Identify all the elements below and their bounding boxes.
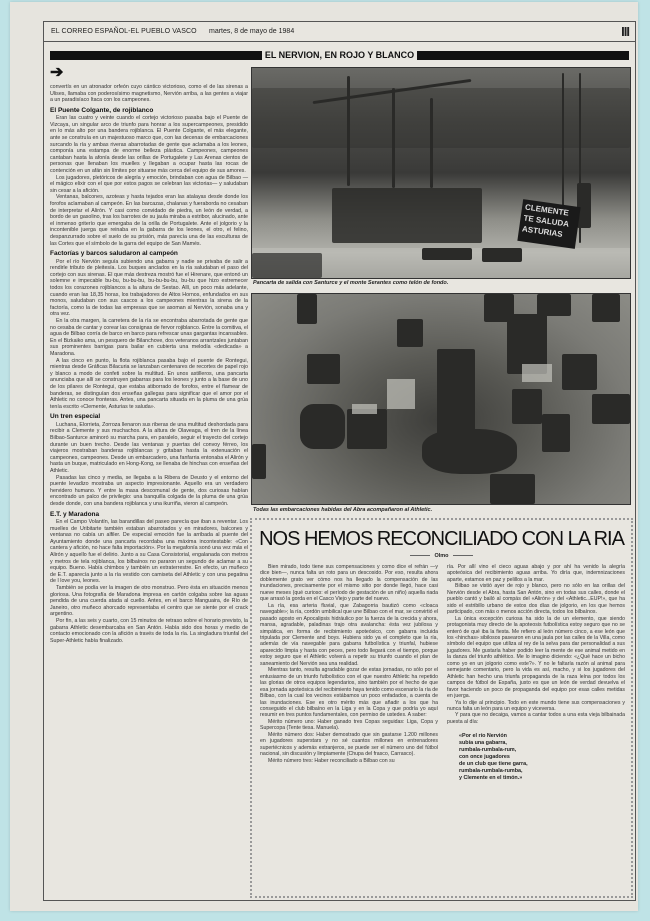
opinion-column-2: ría. Por allí vino el cieco aguas abajo … [447,564,625,782]
photo-caption: Pancarta de salida con Santurce y el mon… [253,280,448,286]
paragraph: Y para que no decaiga, vamos a cantar to… [447,712,625,725]
paragraph: En la otra margen, la carretera de la rí… [50,318,248,358]
newspaper-page: EL CORREO ESPAÑOL-EL PUEBLO VASCO martes… [10,2,638,911]
paragraph: Ya lo dije al principio. Todo en este mu… [447,700,625,713]
subheading: E.T. y Maradona [50,511,248,519]
paragraph: Por fin, a las seis y cuarto, con 15 min… [50,618,248,644]
opinion-column-1: Bien mirado, todo tiene sus compensacion… [260,564,438,764]
publication-date: martes, 8 de mayo de 1984 [209,28,294,35]
opinion-box: NOS HEMOS RECONCILIADO CON LA RIA Olmo B… [250,518,633,898]
photo-boats-flotilla [251,293,631,505]
photo-harbor-banner: CLEMENTE TE SALUDA ASTURIAS [251,67,631,279]
verse-line: de un club que tiene garra, [459,761,625,768]
opinion-byline: Olmo [252,553,631,559]
main-article-column: ➔ convertís en un atronador orfeón cuyo … [50,66,248,644]
paragraph: Mientras tanto, resulta agradable gozar … [260,667,438,719]
paragraph: Mérito número dos: Haber demostrado que … [260,732,438,758]
masthead: EL CORREO ESPAÑOL-EL PUEBLO VASCO martes… [44,22,635,42]
section-header: EL NERVION, EN ROJO Y BLANCO [50,50,629,60]
paragraph: Luchana, Elorrieta, Zorroza llenaron sus… [50,422,248,475]
page-frame: EL CORREO ESPAÑOL-EL PUEBLO VASCO martes… [43,21,636,901]
paragraph: Por el río Nervión seguía subiendo una g… [50,259,248,318]
page-number: III [621,24,629,39]
subheading: Un tren especial [50,413,248,421]
paragraph: Bilbao se vistió ayer de rojo y blanco, … [447,583,625,615]
paragraph: ría. Por allí vino el cieco aguas abajo … [447,564,625,583]
verse-line: rumbala-rumbala-rumba, [459,768,625,775]
paragraph: Mérito número tres: Haber reconciliado a… [260,758,438,764]
paragraph: Eran las cuatro y veinte cuando el corte… [50,115,248,174]
paragraph: Pasadas las cinco y media, se llegaba a … [50,475,248,508]
paragraph: Los jugadores, pletóricos de alegría y e… [50,175,248,195]
continuation-arrow-icon: ➔ [50,66,248,80]
article-intro: convertís en un atronador orfeón cuyo cá… [50,84,248,104]
subheading: Factorías y barcos saludaron al campeón [50,250,248,258]
paragraph: A las cinco en punto, la flota rojiblanc… [50,358,248,411]
paragraph: Ventanas, balcones, azoteas y hasta teja… [50,194,248,247]
paragraph: La ría, esa arteria fluvial, que Zabagor… [260,603,438,668]
song-verse: «Por el río Nervión subía una gabarra, r… [459,733,625,782]
paragraph: Mérito número uno: Haber ganado tres Cop… [260,719,438,732]
section-title: EL NERVION, EN ROJO Y BLANCO [262,50,417,60]
opinion-headline: NOS HEMOS RECONCILIADO CON LA RIA [252,528,631,551]
newspaper-name: EL CORREO ESPAÑOL-EL PUEBLO VASCO [51,28,197,35]
photo-banner: CLEMENTE TE SALUDA ASTURIAS [517,199,580,249]
paragraph: Bien mirado, todo tiene sus compensacion… [260,564,438,603]
verse-line: con once jugadores [459,754,625,761]
verse-line: y Clemente en el timón.» [459,775,625,782]
paragraph: En el Campo Volantín, las barandillas de… [50,519,248,585]
verse-line: rumbala-rumbala-rum, [459,747,625,754]
paragraph: También se podía ver la imagen de otro m… [50,585,248,618]
photo-caption: Todas las embarcaciones habidas del Abra… [253,507,432,513]
paragraph: La única excepción curiosa ha sido la de… [447,616,625,700]
verse-line: subía una gabarra, [459,740,625,747]
verse-line: «Por el río Nervión [459,733,625,740]
section-bar-left [50,51,262,60]
subheading: El Puente Colgante, de rojiblanco [50,107,248,115]
section-bar-right [417,51,629,60]
